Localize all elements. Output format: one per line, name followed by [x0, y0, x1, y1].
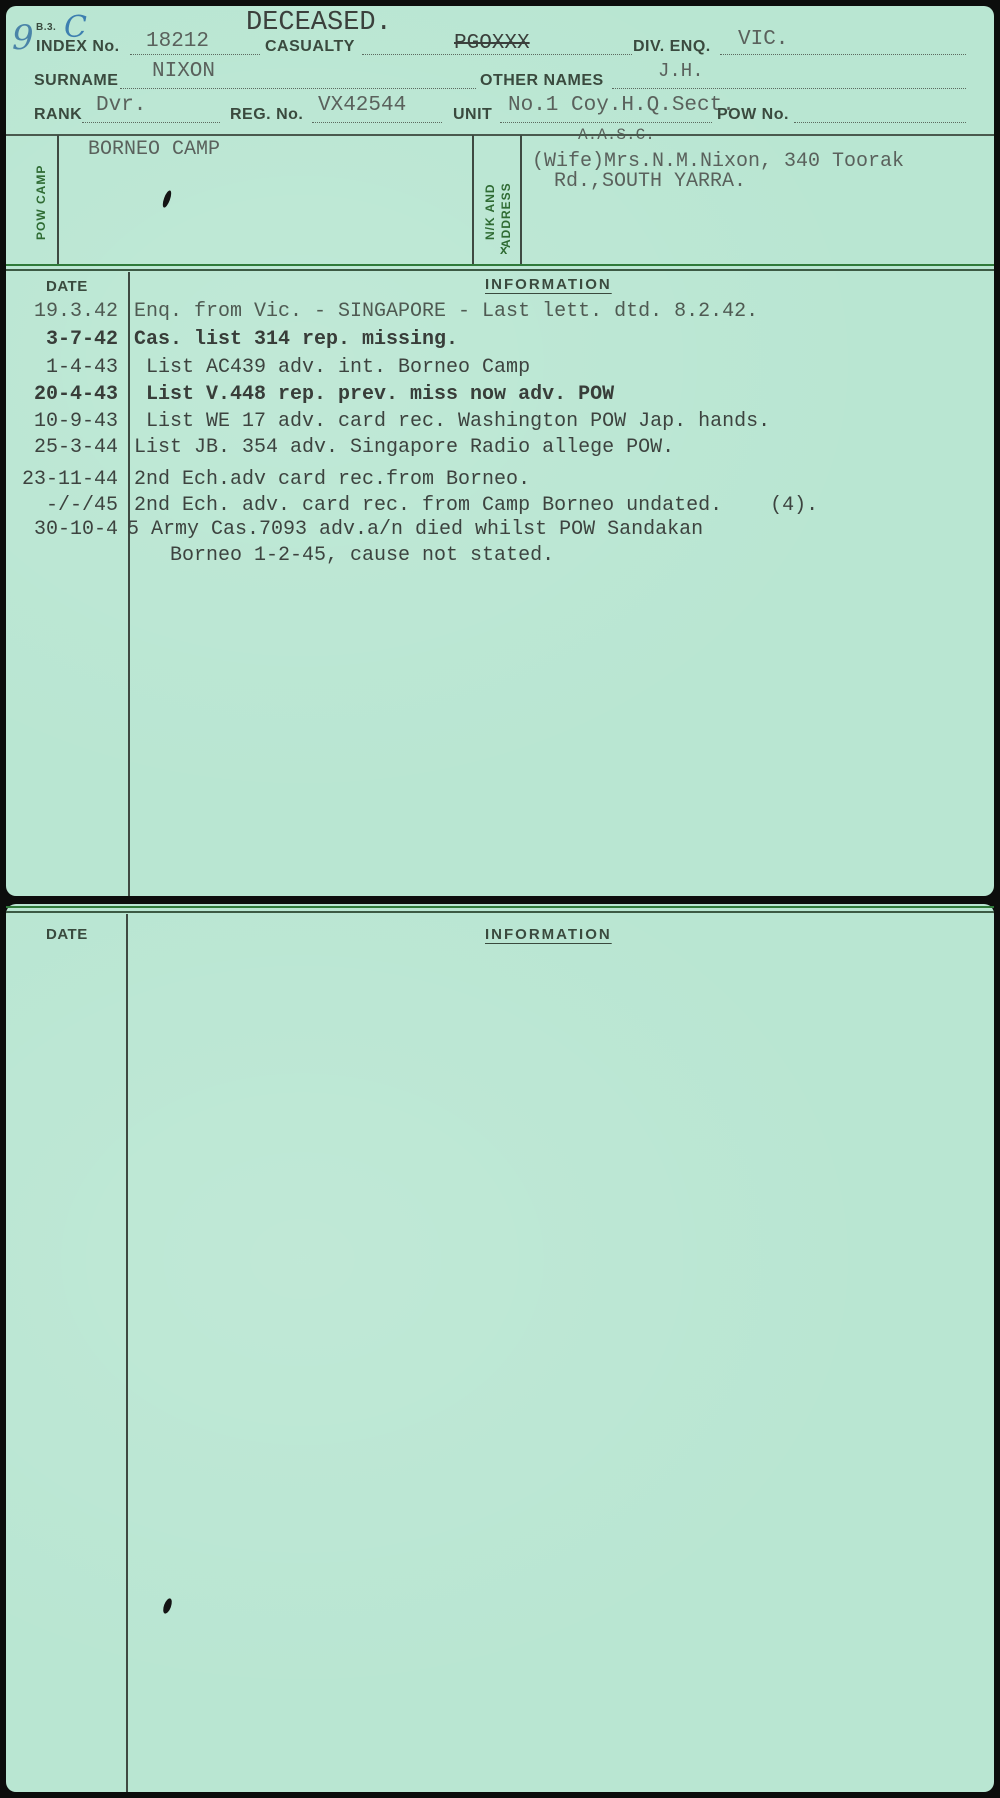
- section-divider-top: [6, 134, 994, 136]
- nk-label-divider-left: [472, 135, 474, 264]
- nk-address-line2: Rd.,SOUTH YARRA.: [542, 170, 746, 193]
- reg-no-value: VX42544: [318, 94, 406, 117]
- information-header: INFORMATION: [485, 276, 612, 293]
- record-card-front: 9 B.3. C DECEASED. INDEX No. 18212 CASUA…: [6, 6, 994, 896]
- log-entry-info: List JB. 354 adv. Singapore Radio allege…: [134, 436, 674, 459]
- log-entry-date: 25-3-44: [6, 436, 118, 459]
- log-entry-date: 23-11-44: [6, 468, 118, 491]
- div-enq-dotted-line: [720, 54, 966, 55]
- unit-value: No.1 Coy.H.Q.Sect.: [508, 94, 735, 117]
- surname-label: SURNAME: [34, 72, 118, 90]
- div-enq-value: VIC.: [738, 28, 788, 51]
- record-card-back: DATE INFORMATION: [6, 904, 994, 1792]
- log-entry-info: Borneo 1-2-45, cause not stated.: [134, 544, 554, 567]
- deceased-stamp: DECEASED.: [246, 8, 392, 38]
- date-column-divider: [128, 272, 130, 896]
- pow-camp-value: BORNEO CAMP: [88, 138, 220, 161]
- log-entry-info: Enq. from Vic. - SINGAPORE - Last lett. …: [134, 300, 758, 323]
- surname-dotted-line: [120, 88, 476, 89]
- reg-no-dotted-line: [312, 122, 442, 123]
- back-ink-spot: [161, 1597, 173, 1614]
- double-line-top: [6, 264, 994, 266]
- surname-value: NIXON: [152, 60, 215, 83]
- pow-camp-label: POW CAMP: [34, 165, 48, 240]
- log-entry-date: 20-4-43: [6, 383, 118, 406]
- log-entry-date: 30-10-4: [6, 518, 118, 541]
- pow-no-label: POW No.: [717, 106, 789, 124]
- nk-label-line1: N/K AND: [483, 183, 497, 240]
- log-entry-date: 3-7-42: [6, 328, 118, 351]
- pow-no-dotted-line: [794, 122, 966, 123]
- nk-label-divider-right: [520, 135, 522, 264]
- log-entry-info: List V.448 rep. prev. miss now adv. POW: [134, 383, 614, 406]
- other-names-dotted-line: [612, 88, 966, 89]
- back-double-line-bottom: [6, 911, 994, 913]
- log-entry-date: 10-9-43: [6, 410, 118, 433]
- rank-label: RANK: [34, 106, 82, 124]
- handwritten-prefix: 9: [12, 18, 34, 58]
- log-entry-info: List WE 17 adv. card rec. Washington POW…: [134, 410, 770, 433]
- double-line-bottom: [6, 269, 994, 271]
- back-date-header: DATE: [46, 926, 88, 943]
- reg-no-label: REG. No.: [230, 106, 303, 124]
- nk-mark-icon: x: [500, 242, 508, 257]
- log-entry-date: -/-/45: [6, 494, 118, 517]
- date-header: DATE: [46, 278, 88, 295]
- log-entry-info: 2nd Ech. adv. card rec. from Camp Borneo…: [134, 494, 818, 517]
- pow-camp-divider: [57, 135, 59, 264]
- index-value: 18212: [146, 30, 209, 53]
- log-entry-info: List AC439 adv. int. Borneo Camp: [134, 356, 530, 379]
- other-names-label: OTHER NAMES: [480, 72, 604, 90]
- log-entry-info: 5 Army Cas.7093 adv.a/n died whilst POW …: [127, 518, 703, 541]
- index-dotted-line: [130, 54, 260, 55]
- log-entry-info: 2nd Ech.adv card rec.from Borneo.: [134, 468, 530, 491]
- div-enq-label: DIV. ENQ.: [633, 38, 711, 56]
- back-date-column-divider: [126, 914, 128, 1792]
- index-label: INDEX No.: [36, 38, 120, 56]
- casualty-value: PGOXXX: [454, 32, 530, 55]
- back-information-header: INFORMATION: [485, 926, 612, 943]
- other-names-value: J.H.: [658, 60, 704, 82]
- ink-spot: [161, 190, 173, 209]
- log-entry-date: 19.3.42: [6, 300, 118, 323]
- nk-label-line2: ADDRESS: [499, 182, 513, 248]
- back-double-line-top: [6, 906, 994, 908]
- rank-dotted-line: [82, 122, 220, 123]
- unit-dotted-line: [500, 122, 712, 123]
- casualty-label: CASUALTY: [265, 38, 355, 56]
- rank-value: Dvr.: [96, 94, 146, 117]
- log-entry-date: 1-4-43: [6, 356, 118, 379]
- unit-label: UNIT: [453, 106, 492, 124]
- log-entry-info: Cas. list 314 rep. missing.: [134, 328, 458, 351]
- printed-code: B.3.: [36, 22, 56, 33]
